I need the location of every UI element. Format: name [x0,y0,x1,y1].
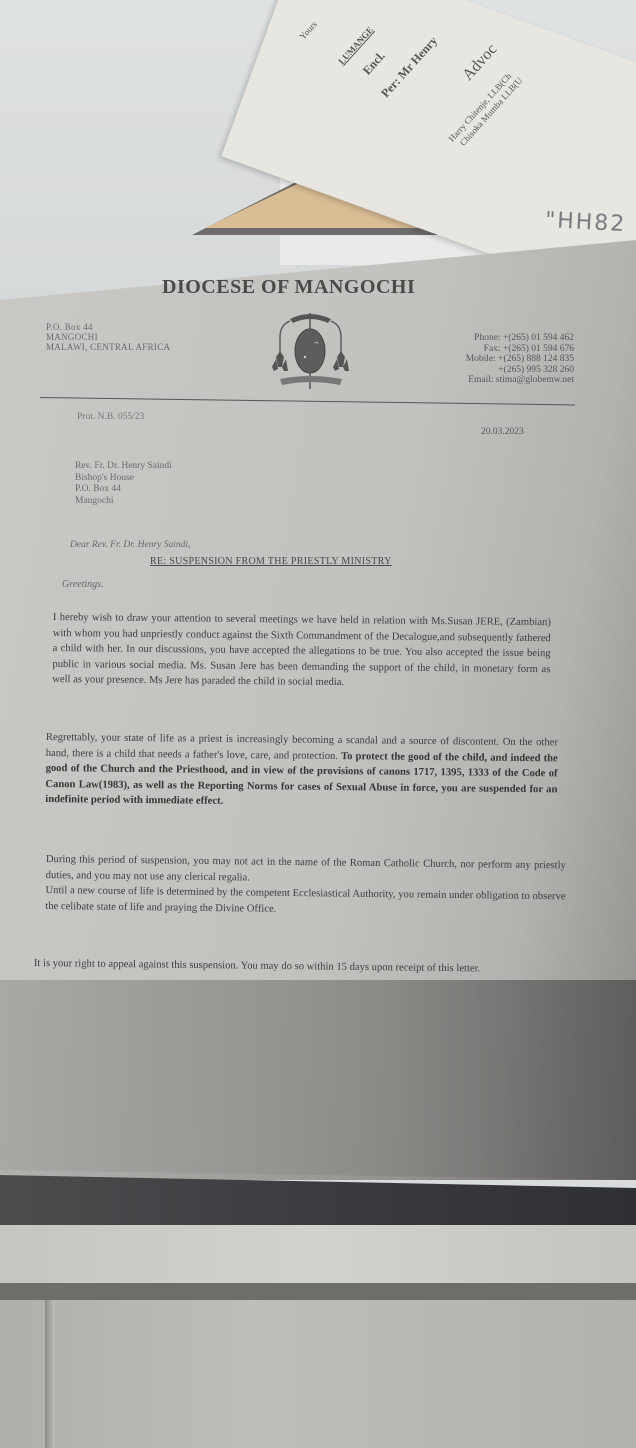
sheet-edge [0,1225,636,1283]
salutation: Dear Rev. Fr. Dr. Henry Saindi, [70,540,190,550]
paragraph-3: During this period of suspension, you ma… [45,852,566,920]
paragraph-1: I hereby wish to draw your attention to … [52,610,551,693]
recipient-line: Bishop's House [75,473,172,485]
reference-number: Prot. N.B. 055/23 [77,412,144,422]
greeting: Greetings. [62,579,104,590]
envelope-text: Harry Chitenje, LLB(Ch [446,71,513,144]
fax-line: Fax: +(265) 01 594 676 [466,344,574,355]
envelope-text: Advoc [459,41,501,85]
address-line: P.O. Box 44 [46,322,170,332]
letterhead-title: DIOCESE OF MANGOCHI [162,276,415,299]
paragraph-2: Regrettably, your state of life as a pri… [45,730,558,813]
address-line: MANGOCHI [46,332,170,342]
paragraph-3-line-2: Until a new course of life is determined… [45,883,565,920]
recipient-line: P.O. Box 44 [75,484,172,496]
subject-line: RE: SUSPENSION FROM THE PRIESTLY MINISTR… [150,556,392,567]
bottom-sheet [0,1300,636,1448]
handwritten-mark: "HH82 [544,208,626,237]
letter-date: 20.03.2023 [481,427,524,437]
envelope-text: Encl. [360,49,389,79]
email-line: Email: stima@globemw.net [466,375,574,386]
letterhead-contacts: Phone: +(265) 01 594 462 Fax: +(265) 01 … [466,333,574,386]
phone-line: Phone: +(265) 01 594 462 [466,333,574,344]
bottom-fold [45,1300,55,1448]
mobile-line: Mobile: +(265) 888 124 835 [466,354,574,365]
recipient-line: Mangochi [75,496,172,508]
recipient-address: Rev. Fr. Dr. Henry Saindi Bishop's House… [75,461,172,507]
mobile-line-2: +(265) 995 328 260 [466,365,574,376]
address-line: MALAWI, CENTRAL AFRICA [46,342,170,352]
episcopal-coat-of-arms-icon [268,309,353,389]
recipient-line: Rev. Fr. Dr. Henry Saindi [75,461,172,473]
envelope-text: Yours [297,19,319,41]
letter-shadow [0,980,636,1180]
letterhead-address: P.O. Box 44 MANGOCHI MALAWI, CENTRAL AFR… [46,322,170,352]
envelope-text: Per: Mr Henry [378,34,441,101]
